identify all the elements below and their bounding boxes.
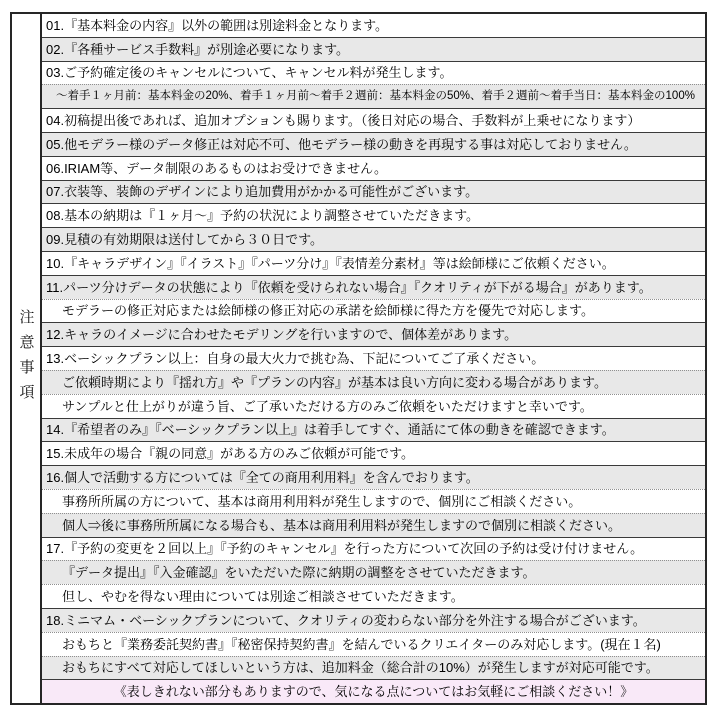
note-row: 09.見積の有効期限は送付してから３０日です。: [42, 227, 705, 251]
note-row: 04.初稿提出後であれば、追加オプションも賜ります。（後日対応の場合、手数料が上…: [42, 108, 705, 132]
note-row-text: モデラーの修正対応または絵師様の修正対応の承諾を絵師様に得た方を優先で対応します…: [62, 304, 594, 317]
note-row-text: 16.個人で活動する方については『全ての商用利用料』を含んでおります。: [46, 471, 479, 484]
note-row: 16.個人で活動する方については『全ての商用利用料』を含んでおります。: [42, 465, 705, 489]
note-row-text: 08.基本の納期は『１ヶ月～』予約の状況により調整させていただきます。: [46, 209, 479, 222]
note-row-text: 14.『希望者のみ』『ベーシックプラン以上』は着手してすぐ、通話にて体の動きを確…: [46, 423, 615, 436]
note-row: サンプルと仕上がりが違う旨、ご了承いただける方のみご依頼をいただけますと幸いです…: [42, 394, 705, 418]
note-row-text: 個人⇒後に事務所所属になる場合も、基本は商用利用料が発生しますので個別に相談くだ…: [62, 519, 621, 532]
note-row: 07.衣装等、装飾のデザインにより追加費用がかかる可能性がございます。: [42, 180, 705, 204]
note-row-text: 《表しきれない部分もありますので、気になる点についてはお気軽にご相談ください！》: [114, 685, 633, 698]
note-row: 但し、やむを得ない理由については別途ご相談させていただきます。: [42, 584, 705, 608]
note-row-text: 10.『キャラデザイン』『イラスト』『パーツ分け』『表情差分素材』等は絵師様にご…: [46, 257, 615, 270]
note-row-text: 事務所所属の方について、基本は商用利用料が発生しますので、個別にご相談ください。: [62, 495, 581, 508]
note-row-text: おもちにすべて対応してほしいという方は、追加料金（総合計の10%）が発生しますが…: [62, 661, 659, 674]
note-row-text: ご依頼時期により『揺れ方』や『プランの内容』が基本は良い方向に変わる場合がありま…: [62, 376, 607, 389]
notes-table: 注意事項 01.『基本料金の内容』以外の範囲は別途料金となります。02.『各種サ…: [10, 12, 707, 705]
note-row: モデラーの修正対応または絵師様の修正対応の承諾を絵師様に得た方を優先で対応します…: [42, 299, 705, 323]
note-row: 13.ベーシックプラン以上：自身の最大火力で挑む為、下記についてご了承ください。: [42, 346, 705, 370]
table-side-header-label: 注意事項: [16, 309, 37, 409]
note-row: 03.ご予約確定後のキャンセルについて、キャンセル料が発生します。: [42, 61, 705, 85]
note-row-text: 09.見積の有効期限は送付してから３０日です。: [46, 233, 323, 246]
note-row: おもちと『業務委託契約書』『秘密保持契約書』を結んでいるクリエイターのみ対応しま…: [42, 632, 705, 656]
footer-note-row: 《表しきれない部分もありますので、気になる点についてはお気軽にご相談ください！》: [42, 679, 705, 703]
notes-rows: 01.『基本料金の内容』以外の範囲は別途料金となります。02.『各種サービス手数…: [42, 14, 705, 703]
note-row: 事務所所属の方について、基本は商用利用料が発生しますので、個別にご相談ください。: [42, 489, 705, 513]
note-row: ご依頼時期により『揺れ方』や『プランの内容』が基本は良い方向に変わる場合がありま…: [42, 370, 705, 394]
note-row-text: 13.ベーシックプラン以上：自身の最大火力で挑む為、下記についてご了承ください。: [46, 352, 544, 365]
note-row: 01.『基本料金の内容』以外の範囲は別途料金となります。: [42, 14, 705, 37]
table-side-header-cell: 注意事項: [12, 14, 42, 703]
note-row-text: ～着手１ヶ月前：基本料金の20%、着手１ヶ月前～着手２週前：基本料金の50%、着…: [56, 91, 695, 103]
note-row-text: おもちと『業務委託契約書』『秘密保持契約書』を結んでいるクリエイターのみ対応しま…: [62, 638, 661, 651]
note-row: 17.『予約の変更を２回以上』『予約のキャンセル』を行った方について次回の予約は…: [42, 537, 705, 561]
note-row-text: 但し、やむを得ない理由については別途ご相談させていただきます。: [62, 590, 464, 603]
note-row-text: 17.『予約の変更を２回以上』『予約のキャンセル』を行った方について次回の予約は…: [46, 542, 643, 555]
note-row: 『データ提出』『入金確認』をいただいた際に納期の調整をさせていただきます。: [42, 560, 705, 584]
note-row: 08.基本の納期は『１ヶ月～』予約の状況により調整させていただきます。: [42, 203, 705, 227]
note-row: 18.ミニマム・ベーシックプランについて、クオリティの変わらない部分を外注する場…: [42, 608, 705, 632]
note-row-text: 12.キャラのイメージに合わせたモデリングを行いますので、個体差があります。: [46, 328, 517, 341]
note-row: 11.パーツ分けデータの状態により『依頼を受けられない場合』『クオリティが下がる…: [42, 275, 705, 299]
note-row: 10.『キャラデザイン』『イラスト』『パーツ分け』『表情差分素材』等は絵師様にご…: [42, 251, 705, 275]
note-row-text: 03.ご予約確定後のキャンセルについて、キャンセル料が発生します。: [46, 66, 453, 79]
note-row: 06.IRIAM等、データ制限のあるものはお受けできません。: [42, 156, 705, 180]
note-row-text: 04.初稿提出後であれば、追加オプションも賜ります。（後日対応の場合、手数料が上…: [46, 114, 640, 127]
note-row-text: サンプルと仕上がりが違う旨、ご了承いただける方のみご依頼をいただけますと幸いです…: [62, 400, 593, 413]
note-row: おもちにすべて対応してほしいという方は、追加料金（総合計の10%）が発生しますが…: [42, 656, 705, 680]
note-row: 12.キャラのイメージに合わせたモデリングを行いますので、個体差があります。: [42, 322, 705, 346]
note-row: ～着手１ヶ月前：基本料金の20%、着手１ヶ月前～着手２週前：基本料金の50%、着…: [42, 84, 705, 108]
note-row-text: 05.他モデラー様のデータ修正は対応不可、他モデラー様の動きを再現する事は対応し…: [46, 138, 637, 151]
note-row-text: 18.ミニマム・ベーシックプランについて、クオリティの変わらない部分を外注する場…: [46, 614, 646, 627]
note-row: 05.他モデラー様のデータ修正は対応不可、他モデラー様の動きを再現する事は対応し…: [42, 132, 705, 156]
note-row-text: 15.未成年の場合『親の同意』がある方のみご依頼が可能です。: [46, 447, 414, 460]
note-row-text: 06.IRIAM等、データ制限のあるものはお受けできません。: [46, 162, 387, 175]
note-row: 15.未成年の場合『親の同意』がある方のみご依頼が可能です。: [42, 441, 705, 465]
note-row-text: 07.衣装等、装飾のデザインにより追加費用がかかる可能性がございます。: [46, 185, 478, 198]
note-row: 個人⇒後に事務所所属になる場合も、基本は商用利用料が発生しますので個別に相談くだ…: [42, 513, 705, 537]
note-row-text: 02.『各種サービス手数料』が別途必要になります。: [46, 43, 349, 56]
note-row-text: 『データ提出』『入金確認』をいただいた際に納期の調整をさせていただきます。: [62, 566, 535, 579]
note-row: 02.『各種サービス手数料』が別途必要になります。: [42, 37, 705, 61]
note-row-text: 11.パーツ分けデータの状態により『依頼を受けられない場合』『クオリティが下がる…: [46, 281, 652, 294]
note-row-text: 01.『基本料金の内容』以外の範囲は別途料金となります。: [46, 19, 388, 32]
note-row: 14.『希望者のみ』『ベーシックプラン以上』は着手してすぐ、通話にて体の動きを確…: [42, 418, 705, 442]
